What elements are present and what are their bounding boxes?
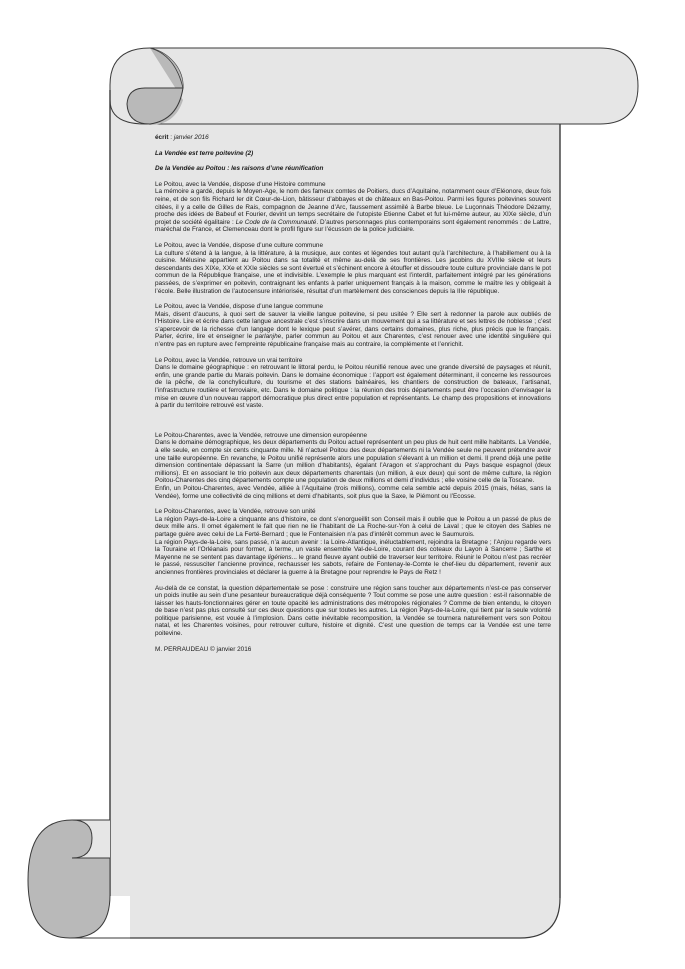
written-date: janvier 2016 — [174, 134, 209, 141]
written-label: écrit — [155, 134, 169, 141]
article-date-line: écrit : janvier 2016 — [155, 134, 551, 142]
section-heading: Le Poitou, avec la Vendée, retrouve un v… — [155, 357, 551, 365]
author-signature: M. PERRAUDEAU © janvier 2016 — [155, 646, 551, 654]
section-heading: Le Poitou-Charentes, avec la Vendée, ret… — [155, 432, 551, 440]
section-heading: Le Poitou, avec la Vendée, dispose d’une… — [155, 303, 551, 311]
section-body-2: La région Pays-de-la-Loire, sans passé, … — [155, 539, 551, 577]
section-heading: Le Poitou-Charentes, avec la Vendée, ret… — [155, 508, 551, 516]
scroll-top-roll — [110, 48, 638, 124]
article-title: La Vendée est terre poitevine (2) — [155, 150, 551, 158]
section-body-2: Enfin, un Poitou-Charentes, avec Vendée,… — [155, 485, 551, 500]
section-heading: Le Poitou, avec la Vendée, dispose d’une… — [155, 242, 551, 250]
section-culture: Le Poitou, avec la Vendée, dispose d’une… — [155, 242, 551, 295]
section-history: Le Poitou, avec la Vendée, dispose d’une… — [155, 181, 551, 234]
section-territory: Le Poitou, avec la Vendée, retrouve un v… — [155, 357, 551, 410]
section-unity: Le Poitou-Charentes, avec la Vendée, ret… — [155, 508, 551, 576]
article: écrit : janvier 2016 La Vendée est terre… — [155, 134, 551, 653]
section-body: Mais, disent d’aucuns, à quoi sert de sa… — [155, 311, 551, 349]
section-heading: Le Poitou, avec la Vendée, dispose d’une… — [155, 181, 551, 189]
section-language: Le Poitou, avec la Vendée, dispose d’une… — [155, 303, 551, 349]
section-conclusion: Au-delà de ce constat, la question dépar… — [155, 585, 551, 638]
section-europe: Le Poitou-Charentes, avec la Vendée, ret… — [155, 432, 551, 500]
article-subtitle: De la Vendée au Poitou : les raisons d’u… — [155, 165, 551, 173]
section-body: La mémoire a gardé, depuis le Moyen-Age,… — [155, 188, 551, 234]
section-body: Dans le domaine géographique : en retrou… — [155, 364, 551, 410]
section-body: Dans le domaine démographique, les deux … — [155, 439, 551, 485]
conclusion-body: Au-delà de ce constat, la question dépar… — [155, 585, 551, 638]
section-body: La région Pays-de-la-Loire a cinquante a… — [155, 516, 551, 539]
section-body: La culture s’étend à la langue, à la lit… — [155, 250, 551, 296]
